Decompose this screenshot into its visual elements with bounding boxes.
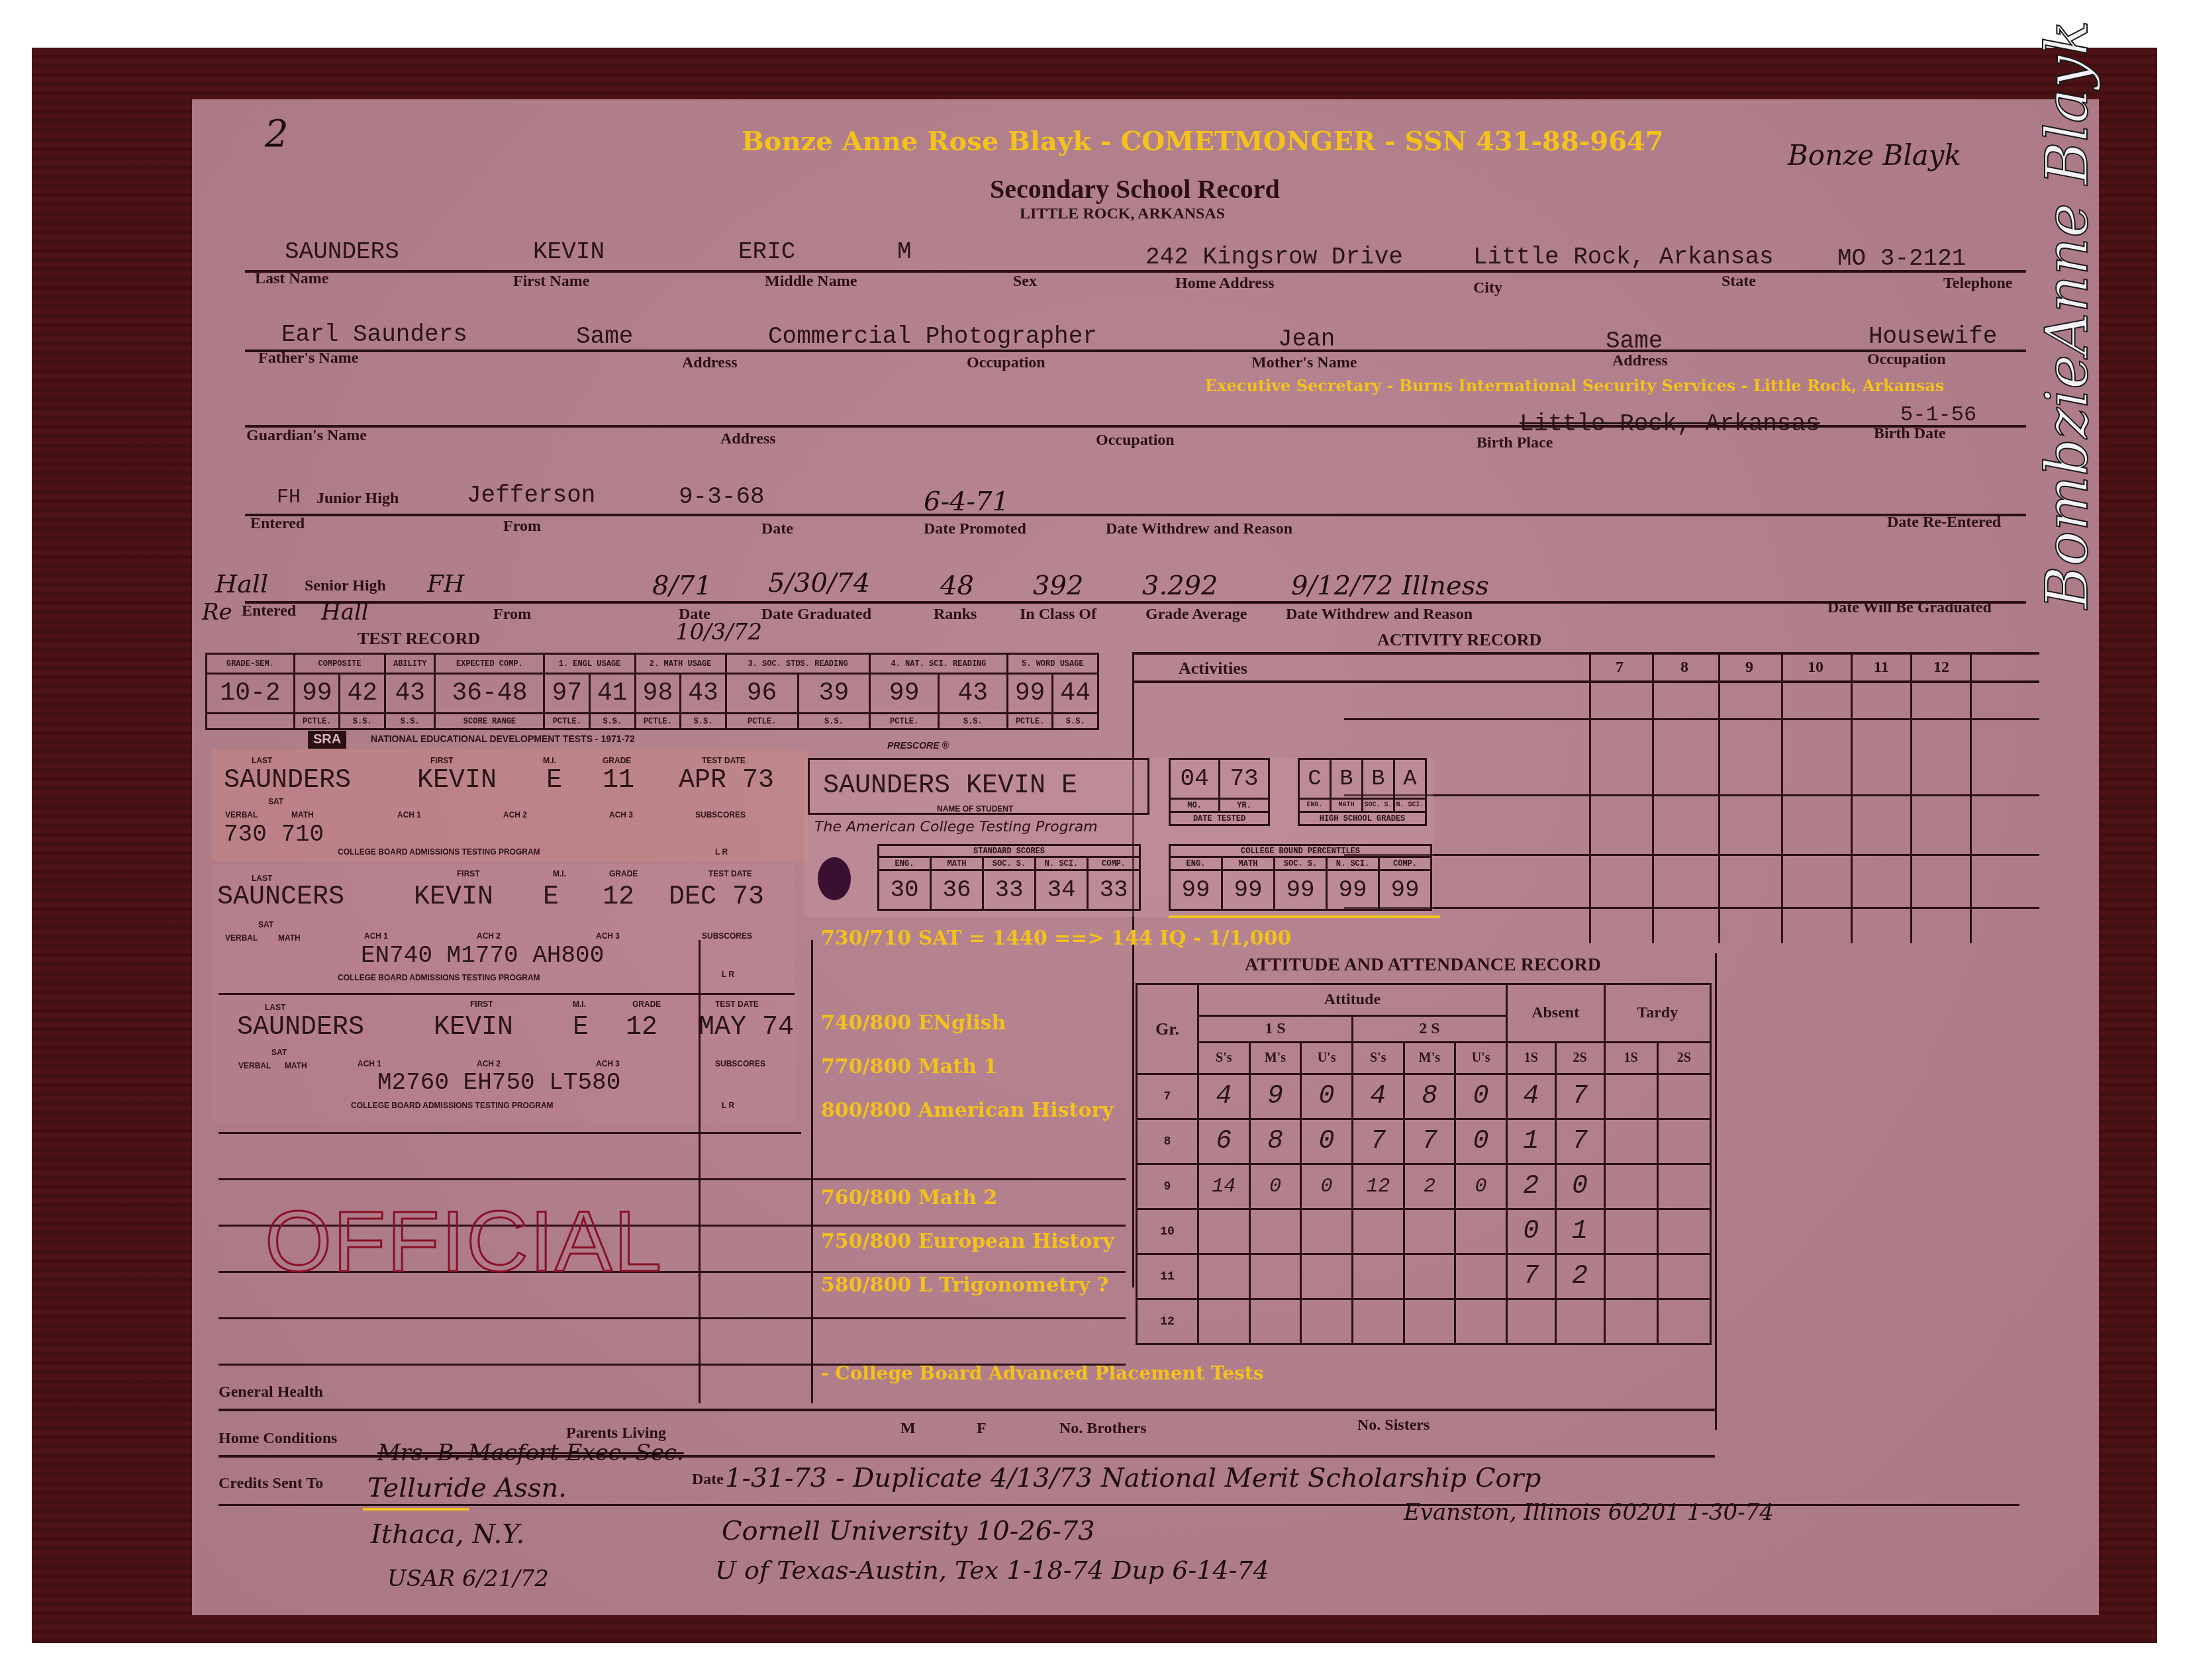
absent-cell: 4: [1506, 1074, 1555, 1119]
att-cell: [1455, 1299, 1507, 1344]
act-score: 30: [879, 870, 931, 910]
tardy-cell: [1657, 1164, 1710, 1209]
first-name-label: First Name: [513, 273, 589, 291]
last-name-label: Last Name: [255, 270, 328, 288]
tardy-col-label: 2S: [1657, 1043, 1710, 1074]
sat-last: SAUNCERS: [217, 882, 344, 912]
city-value: Little Rock, Arkansas: [1473, 244, 1774, 271]
no-brothers-label: No. Brothers: [1059, 1420, 1147, 1438]
handwritten-note: USAR 6/21/72: [387, 1565, 549, 1592]
act-program: The American College Testing Program: [814, 819, 1098, 835]
act-label: STANDARD SCORES: [879, 845, 1140, 857]
col-label: M's: [1249, 1043, 1301, 1074]
tardy-col-label: 1S: [1604, 1043, 1657, 1074]
f-label: F: [977, 1420, 987, 1438]
sat-mi: E: [546, 766, 562, 796]
card-label: GRADE: [609, 869, 638, 878]
act-date-table: 0473 MO.YR. DATE TESTED: [1169, 758, 1270, 826]
date-promoted-label: Date Promoted: [924, 520, 1026, 538]
att-cell: [1198, 1254, 1249, 1299]
att-cell: 2: [1404, 1164, 1455, 1209]
father-occupation-label: Occupation: [967, 354, 1045, 372]
sat-scores: 730 710: [224, 821, 324, 848]
card-label: FIRST: [430, 756, 454, 765]
sat-card-2: LAST FIRST M.I. GRADE TEST DATE SAUNCERS…: [212, 864, 795, 996]
test-header: EXPECTED COMP.: [435, 654, 544, 674]
absent-cell: 1: [1555, 1209, 1604, 1254]
rule: [1132, 652, 2039, 655]
att-cell: 6: [1198, 1119, 1249, 1164]
test-value: 99: [1007, 674, 1053, 714]
rule: [1851, 652, 1853, 943]
rule: [245, 425, 2026, 428]
att-cell: 4: [1198, 1074, 1249, 1119]
absent-cell: 0: [1506, 1209, 1555, 1254]
attendance-row: 10 0 1: [1137, 1209, 1711, 1254]
test-header: 5. WORD USAGE: [1007, 654, 1098, 674]
ach-label: ACH 2: [477, 1059, 501, 1068]
act-hs-grade: B: [1331, 759, 1363, 799]
test-subheader: S.S.: [939, 714, 1008, 729]
telephone-value: MO 3-2121: [1837, 245, 1966, 272]
tardy-cell: [1604, 1254, 1657, 1299]
sem1-label: 1 S: [1198, 1016, 1352, 1043]
city-label: City: [1473, 279, 1502, 297]
rule: [1344, 718, 2039, 720]
act-label: ENG.: [1299, 799, 1331, 812]
absent-cell: 2: [1506, 1164, 1555, 1209]
ap-footer: - College Board Advanced Placement Tests: [821, 1362, 1263, 1384]
test-subheader: [207, 714, 295, 729]
act-percentile: 99: [1379, 870, 1432, 910]
handwritten-note: Cornell University 10-26-73: [722, 1516, 1095, 1546]
rule: [1652, 652, 1654, 943]
card-label: LAST: [252, 874, 272, 883]
subscores-label: SUBSCORES: [702, 931, 752, 941]
act-label: N. SCI.: [1036, 857, 1088, 870]
test-subheader: S.S.: [1053, 714, 1098, 729]
junior-high-school-value: FH: [277, 487, 301, 509]
act-label: COLLEGE BOUND PERCENTILES: [1170, 845, 1432, 857]
rule: [1132, 652, 1134, 1287]
sat-label: SAT: [268, 797, 283, 806]
birth-date-value: 5-1-56: [1900, 402, 1976, 427]
entered-label: Entered: [250, 515, 305, 533]
col-label: S's: [1198, 1043, 1249, 1074]
rule: [1910, 652, 1912, 943]
card-lr: L R: [715, 847, 728, 857]
birth-place-value: Little Rock, Arkansas: [1520, 410, 1820, 438]
card-label: TEST DATE: [708, 869, 752, 878]
ranks-value: 48: [940, 571, 974, 601]
tardy-label: Tardy: [1604, 984, 1710, 1043]
birth-date-label: Birth Date: [1874, 425, 1946, 443]
sat-card-3: LAST FIRST M.I. GRADE TEST DATE SAUNDERS…: [212, 996, 795, 1122]
ach-label: ACH 2: [477, 931, 501, 941]
test-record-title: TEST RECORD: [358, 629, 480, 649]
date-reentered-label: Date Re-Entered: [1887, 514, 2001, 532]
act-label: N. SCI.: [1327, 857, 1379, 870]
sat-test-date: DEC 73: [669, 882, 764, 912]
att-cell: 4: [1352, 1074, 1404, 1119]
card-lr: L R: [722, 1101, 734, 1110]
card-label: LAST: [265, 1003, 285, 1012]
absent-cell: [1555, 1299, 1604, 1344]
rule: [1344, 854, 2039, 856]
test-value: 96: [726, 674, 798, 714]
test-value: 98: [635, 674, 681, 714]
grade-cell: 7: [1137, 1074, 1198, 1119]
birth-place-label: Birth Place: [1477, 434, 1553, 452]
handwritten-note: Evanston, Illinois 60201 1-30-74: [1404, 1499, 1774, 1526]
sat-iq-note-overlay: 730/710 SAT = 1440 ==> 144 IQ - 1/1,000: [821, 927, 1291, 950]
grade-cell: 10: [1137, 1209, 1198, 1254]
ach-label: ACH 3: [609, 810, 633, 819]
document-title: Secondary School Record: [990, 173, 1280, 205]
handwritten-note: Ithaca, N.Y.: [371, 1519, 524, 1550]
test-header: 4. NAT. SCI. READING: [870, 654, 1007, 674]
rule: [1715, 953, 1717, 1430]
act-label: MATH: [1331, 799, 1363, 812]
tardy-cell: [1657, 1254, 1710, 1299]
sat-scores: EN740 M1770 AH800: [361, 942, 604, 969]
father-address-value: Same: [576, 323, 633, 350]
card-label: M.I.: [573, 1000, 586, 1009]
attendance-row: 12: [1137, 1299, 1711, 1344]
tardy-cell: [1604, 1164, 1657, 1209]
test-subheader: PCTLE.: [294, 714, 340, 729]
act-label: ENG.: [1170, 857, 1222, 870]
att-cell: [1198, 1209, 1249, 1254]
card-lr: L R: [722, 970, 734, 979]
act-label: SOC. S.: [983, 857, 1036, 870]
test-subheader: S.S.: [681, 714, 726, 729]
act-score: 33: [983, 870, 1036, 910]
sat-first: KEVIN: [434, 1013, 513, 1043]
official-stamp: OFFICIAL: [265, 1191, 663, 1291]
att-cell: [1301, 1254, 1353, 1299]
test-value: 99: [294, 674, 340, 714]
test-subheader: S.S.: [590, 714, 636, 729]
test-record-table: GRADE-SEM. COMPOSITE ABILITY EXPECTED CO…: [205, 653, 1099, 730]
tardy-cell: [1657, 1299, 1710, 1344]
card-footer: COLLEGE BOARD ADMISSIONS TESTING PROGRAM: [351, 1101, 554, 1110]
guardian-occupation-label: Occupation: [1096, 432, 1175, 449]
absent-cell: 7: [1555, 1119, 1604, 1164]
sat-grade: 12: [603, 882, 634, 912]
act-label: COMP.: [1379, 857, 1432, 870]
test-subheader: PCTLE.: [544, 714, 590, 729]
att-cell: [1249, 1209, 1301, 1254]
signature: Bonze Blayk: [1788, 139, 1961, 171]
side-name-overlay: BombzieAnne Blayk: [2033, 21, 2101, 609]
card-label: FIRST: [457, 869, 480, 878]
act-label: DATE TESTED: [1170, 812, 1269, 825]
col-label: U's: [1455, 1043, 1507, 1074]
test-value: 36-48: [435, 674, 544, 714]
att-cell: [1249, 1254, 1301, 1299]
card-label: LAST: [252, 756, 272, 765]
att-cell: [1404, 1254, 1455, 1299]
sat-mi: E: [543, 882, 559, 912]
father-address-label: Address: [682, 354, 738, 372]
father-name-label: Father's Name: [258, 350, 358, 367]
act-percentile: 99: [1222, 870, 1275, 910]
test-value: 41: [590, 674, 636, 714]
rule: [218, 1409, 1715, 1411]
attendance-title: ATTITUDE AND ATTENDANCE RECORD: [1245, 955, 1601, 976]
document-subtitle: LITTLE ROCK, ARKANSAS: [1020, 205, 1225, 223]
att-cell: [1301, 1299, 1353, 1344]
abs-col-label: 2S: [1555, 1043, 1604, 1074]
rule: [1344, 907, 2039, 909]
rule: [699, 940, 701, 1403]
test-subheader: S.S.: [340, 714, 385, 729]
test-value: 44: [1053, 674, 1098, 714]
sat-label: SAT: [271, 1048, 287, 1057]
tardy-cell: [1604, 1119, 1657, 1164]
credits-sent-to-label: Credits Sent To: [218, 1475, 323, 1493]
activity-record-title: ACTIVITY RECORD: [1377, 630, 1541, 650]
att-cell: [1352, 1209, 1404, 1254]
verbal-label: VERBAL: [238, 1061, 271, 1070]
senior-high-school-value: FH: [427, 571, 464, 598]
act-score: 34: [1036, 870, 1088, 910]
att-cell: 0: [1249, 1164, 1301, 1209]
reentered-mark: Re: [202, 599, 232, 626]
test-value: 97: [544, 674, 590, 714]
act-score: 36: [931, 870, 983, 910]
mother-note-overlay: Executive Secretary - Burns Internationa…: [1205, 376, 1944, 395]
col-label: S's: [1352, 1043, 1404, 1074]
rule: [1132, 680, 2039, 683]
home-address-label: Home Address: [1175, 275, 1275, 293]
highlight-underline: [1169, 915, 1440, 918]
act-label: SOC. S.: [1275, 857, 1327, 870]
rule: [218, 1317, 1126, 1319]
test-value: 43: [681, 674, 726, 714]
att-cell: [1352, 1254, 1404, 1299]
test-value: 39: [798, 674, 870, 714]
sat-test-date: APR 73: [679, 766, 774, 796]
reentered-school: Hall: [321, 599, 369, 626]
test-value: 10-2: [207, 674, 295, 714]
senior-withdrew-label: Date Withdrew and Reason: [1286, 606, 1473, 624]
att-cell: 7: [1404, 1119, 1455, 1164]
last-name-value: SAUNDERS: [285, 238, 399, 265]
test-subheader: S.S.: [798, 714, 870, 729]
att-cell: [1301, 1209, 1353, 1254]
will-graduate-label: Date Will Be Graduated: [1827, 599, 1992, 617]
absent-cell: [1506, 1299, 1555, 1344]
ap-test-math2: 760/800 Math 2: [821, 1186, 997, 1209]
guardian-name-label: Guardian's Name: [246, 427, 367, 445]
att-cell: 8: [1249, 1119, 1301, 1164]
act-label: COMP.: [1088, 857, 1140, 870]
sra-badge: SRA: [308, 731, 346, 749]
card-label: M.I.: [553, 869, 566, 878]
mother-address-label: Address: [1612, 352, 1668, 370]
mother-name-label: Mother's Name: [1251, 354, 1357, 372]
highlight-underline: [363, 1508, 469, 1511]
act-year: 73: [1220, 759, 1269, 799]
absent-cell: 2: [1555, 1254, 1604, 1299]
senior-from-label: From: [493, 606, 531, 624]
father-name-value: Earl Saunders: [281, 321, 467, 348]
ap-test-math1: 770/800 Math 1: [821, 1055, 997, 1078]
att-cell: 0: [1301, 1074, 1353, 1119]
date-graduated-value: 5/30/74: [768, 568, 870, 598]
activity-grade-8: 8: [1680, 659, 1688, 677]
att-cell: [1198, 1299, 1249, 1344]
gr-label: Gr.: [1137, 984, 1198, 1074]
ach-label: ACH 2: [503, 810, 527, 819]
card-label: TEST DATE: [702, 756, 746, 765]
sat-grade: 11: [603, 766, 634, 796]
card-label: GRADE: [603, 756, 631, 765]
corner-mark: 2: [265, 113, 289, 156]
senior-high-prefix: Hall: [215, 569, 268, 598]
ranks-label: Ranks: [934, 606, 977, 624]
rule: [1344, 794, 2039, 796]
tardy-cell: [1657, 1119, 1710, 1164]
att-cell: 0: [1301, 1164, 1353, 1209]
test-subheader: PCTLE.: [870, 714, 939, 729]
test-subheader: PCTLE.: [1007, 714, 1053, 729]
sat-mi: E: [573, 1013, 589, 1043]
junior-high-label: Junior High: [316, 490, 399, 508]
att-cell: 0: [1301, 1119, 1353, 1164]
from-label: From: [503, 518, 541, 536]
act-label: MO.: [1170, 799, 1220, 812]
credits-recipient: Telluride Assn.: [367, 1473, 567, 1503]
act-label: MATH: [1222, 857, 1275, 870]
rule: [245, 270, 2026, 273]
no-sisters-label: No. Sisters: [1357, 1417, 1430, 1434]
att-cell: 14: [1198, 1164, 1249, 1209]
grade-cell: 12: [1137, 1299, 1198, 1344]
rule: [1718, 652, 1720, 943]
attendance-row: 11 7 2: [1137, 1254, 1711, 1299]
act-hs-grades-table: C B B A ENG. MATH SOC. S. N. SCI. HIGH S…: [1298, 758, 1427, 826]
act-hs-grade: C: [1299, 759, 1331, 799]
col-label: M's: [1404, 1043, 1455, 1074]
test-header: 1. ENGL USAGE: [544, 654, 635, 674]
att-cell: [1249, 1299, 1301, 1344]
test-header: 2. MATH USAGE: [635, 654, 726, 674]
father-occupation-value: Commercial Photographer: [768, 323, 1097, 350]
sex-value: M: [897, 238, 912, 265]
tardy-cell: [1604, 1299, 1657, 1344]
m-label: M: [900, 1420, 916, 1438]
abs-col-label: 1S: [1506, 1043, 1555, 1074]
act-percentile: 99: [1170, 870, 1222, 910]
att-cell: 9: [1249, 1074, 1301, 1119]
handwritten-note: 1-31-73 - Duplicate 4/13/73 National Mer…: [725, 1463, 1541, 1493]
ap-test-european-history: 750/800 European History: [821, 1230, 1114, 1253]
att-cell: [1404, 1299, 1455, 1344]
activity-grade-11: 11: [1874, 659, 1889, 677]
absent-cell: 0: [1555, 1164, 1604, 1209]
sat-card-1: LAST FIRST M.I. GRADE TEST DATE SAUNDERS…: [212, 749, 808, 862]
col-label: U's: [1301, 1043, 1353, 1074]
guardian-address-label: Address: [720, 430, 776, 448]
date-graduated-label: Date Graduated: [761, 606, 871, 624]
rule: [1781, 652, 1783, 943]
act-label: MATH: [931, 857, 983, 870]
subscores-label: SUBSCORES: [695, 810, 746, 819]
act-percentiles-table: COLLEGE BOUND PERCENTILES ENG. MATH SOC.…: [1169, 844, 1432, 911]
card-label: GRADE: [632, 1000, 661, 1009]
act-standard-scores-table: STANDARD SCORES ENG. MATH SOC. S. N. SCI…: [877, 844, 1141, 911]
act-card: SAUNDERS KEVIN E NAME OF STUDENT The Ame…: [804, 758, 1433, 917]
grade-cell: 9: [1137, 1164, 1198, 1209]
test-subheader: SCORE RANGE: [435, 714, 544, 729]
attendance-row: 7 4 9 0 4 8 0 4 7: [1137, 1074, 1711, 1119]
first-name-value: KEVIN: [533, 238, 605, 265]
math-label: MATH: [291, 810, 314, 819]
test-value: 99: [870, 674, 939, 714]
tardy-cell: [1657, 1209, 1710, 1254]
rule: [245, 350, 2026, 352]
test-subheader: PCTLE.: [726, 714, 798, 729]
att-cell: [1455, 1209, 1507, 1254]
ach-label: ACH 1: [358, 1059, 381, 1068]
home-address-value: 242 Kingsrow Drive: [1145, 244, 1403, 271]
junior-high-from-value: Jefferson: [467, 482, 595, 509]
att-cell: [1352, 1299, 1404, 1344]
card-footer: COLLEGE BOARD ADMISSIONS TESTING PROGRAM: [338, 847, 540, 857]
senior-high-label: Senior High: [305, 577, 386, 595]
test-value: 42: [340, 674, 385, 714]
card-label: M.I.: [543, 756, 556, 765]
att-cell: 0: [1455, 1119, 1507, 1164]
attendance-row: 9 14 0 0 12 2 0 2 0: [1137, 1164, 1711, 1209]
act-hs-grade: A: [1394, 759, 1426, 799]
rule: [245, 601, 2026, 604]
home-conditions-label: Home Conditions: [218, 1430, 337, 1448]
rule: [218, 1178, 1126, 1180]
sat-test-date: MAY 74: [699, 1013, 794, 1043]
general-health-label: General Health: [218, 1383, 323, 1401]
grade-average-value: 3.292: [1142, 571, 1218, 601]
sra-caption: NATIONAL EDUCATIONAL DEVELOPMENT TESTS -…: [371, 733, 635, 744]
ach-label: ACH 1: [364, 931, 388, 941]
math-label: MATH: [278, 933, 301, 943]
grade-cell: 8: [1137, 1119, 1198, 1164]
act-percentile: 99: [1327, 870, 1379, 910]
act-hs-grade: B: [1363, 759, 1394, 799]
ap-test-american-history: 800/800 American History: [821, 1099, 1114, 1122]
test-value: 43: [385, 674, 435, 714]
test-subheader: PCTLE.: [635, 714, 681, 729]
sat-last: SAUNDERS: [237, 1013, 364, 1043]
in-class-of-value: 392: [1033, 571, 1083, 601]
math-label: MATH: [285, 1061, 307, 1070]
sat-first: KEVIN: [417, 766, 497, 796]
prescore-mark: PRESCORE ®: [887, 740, 949, 751]
act-logo-icon: [818, 857, 851, 900]
grade-cell: 11: [1137, 1254, 1198, 1299]
middle-name-label: Middle Name: [765, 273, 857, 291]
middle-name-value: ERIC: [738, 238, 795, 265]
grade-average-label: Grade Average: [1145, 606, 1247, 624]
att-cell: 8: [1404, 1074, 1455, 1119]
sex-label: Sex: [1013, 273, 1037, 291]
sem2-label: 2 S: [1352, 1016, 1506, 1043]
subscores-label: SUBSCORES: [715, 1059, 765, 1068]
ap-test-english: 740/800 ENglish: [821, 1011, 1006, 1035]
